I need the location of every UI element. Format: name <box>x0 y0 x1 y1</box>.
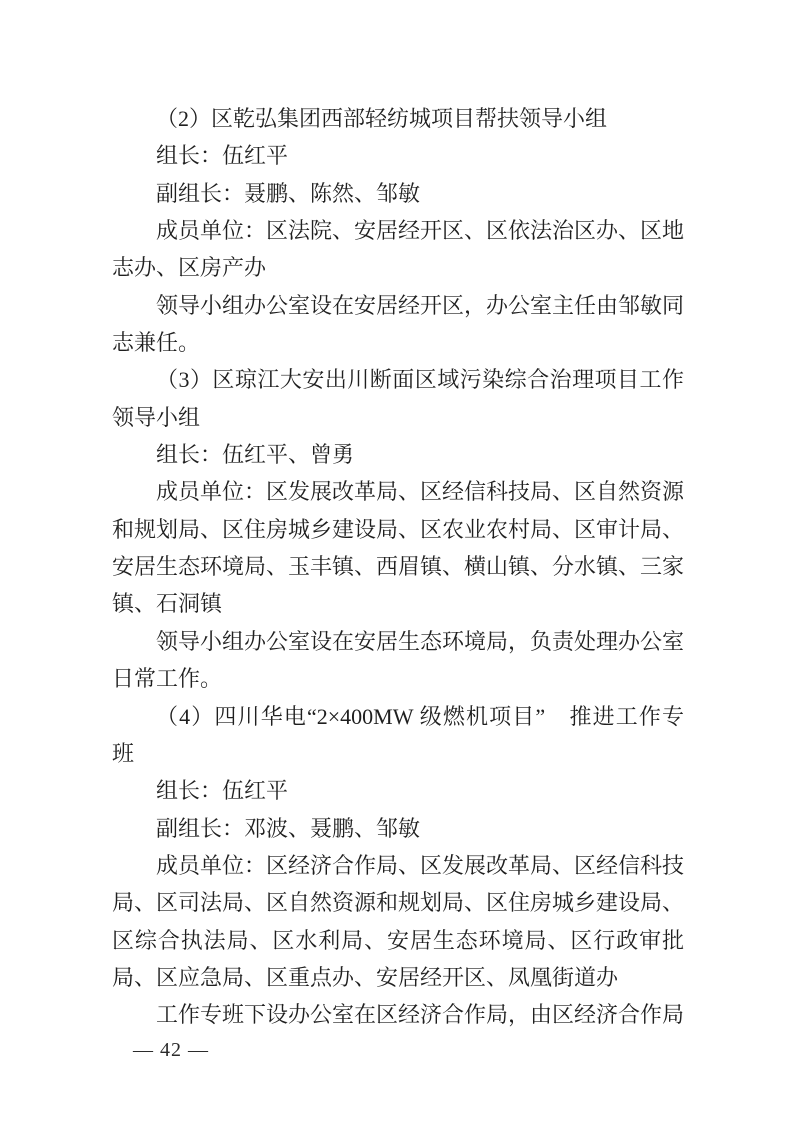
group2-member-units: 成员单位：区法院、安居经开区、区依法治区办、区地志办、区房产办 <box>112 212 684 287</box>
document-page: （2）区乾弘集团西部轻纺城项目帮扶领导小组 组长：伍红平 副组长：聂鹏、陈然、邹… <box>0 0 793 1122</box>
group4-member-units: 成员单位：区经济合作局、区发展改革局、区经信科技局、区司法局、区自然资源和规划局… <box>112 847 684 996</box>
group4-leader: 组长：伍红平 <box>112 772 684 809</box>
document-body: （2）区乾弘集团西部轻纺城项目帮扶领导小组 组长：伍红平 副组长：聂鹏、陈然、邹… <box>112 100 684 1034</box>
group2-deputy-leaders: 副组长：聂鹏、陈然、邹敏 <box>112 175 684 212</box>
group3-member-units: 成员单位：区发展改革局、区经信科技局、区自然资源和规划局、区住房城乡建设局、区农… <box>112 473 684 622</box>
group4-heading: （4）四川华电“2×400MW 级燃机项目” 推进工作专班 <box>112 698 684 773</box>
group4-deputy-leaders: 副组长：邓波、聂鹏、邹敏 <box>112 810 684 847</box>
group3-leaders: 组长：伍红平、曾勇 <box>112 436 684 473</box>
page-number: — 42 — <box>133 1038 209 1062</box>
group3-heading: （3）区琼江大安出川断面区域污染综合治理项目工作领导小组 <box>112 361 684 436</box>
group2-heading: （2）区乾弘集团西部轻纺城项目帮扶领导小组 <box>112 100 684 137</box>
group3-office-note: 领导小组办公室设在安居生态环境局，负责处理办公室日常工作。 <box>112 623 684 698</box>
group4-office-note: 工作专班下设办公室在区经济合作局，由区经济合作局 <box>112 996 684 1033</box>
group2-office-note: 领导小组办公室设在安居经开区，办公室主任由邹敏同志兼任。 <box>112 287 684 362</box>
group2-leader: 组长：伍红平 <box>112 137 684 174</box>
